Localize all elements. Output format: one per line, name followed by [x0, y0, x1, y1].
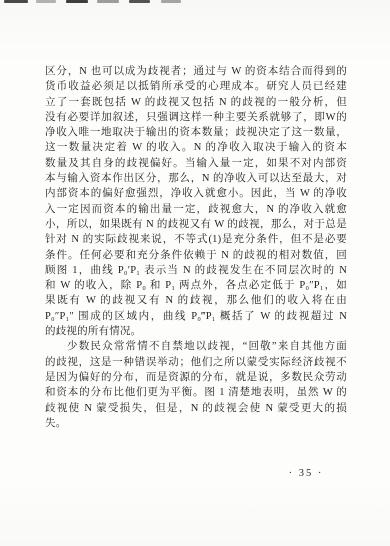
scan-artifact-mark: [129, 0, 150, 3]
text-line: 这一数量决定着 W 的收入。N 的净收入取决于输入的资本: [45, 140, 347, 155]
text-line paragraph-start: 少数民众常常情不自禁地以歧视，“回敬”来自其他方面: [45, 339, 347, 354]
scanned-page: 区分，N 也可以成为歧视者；通过与 W 的资本结合而得到的 货币收益必须足以抵销…: [0, 0, 390, 546]
text-line: 果既有 W 的歧视又有 N 的歧视，那么他们的收入将在由: [45, 293, 347, 308]
text-line: 入一定因而资本的输出量一定，歧视愈大，N 的净收入就愈: [45, 202, 347, 217]
text-line: 立了一套既包括 W 的歧视又包括 N 的歧视的一般分析，但: [45, 95, 347, 110]
text-line: 数量及其自身的歧视偏好。当输入量一定，如果不对内部资: [45, 156, 347, 171]
text-line: 没有必要详加叙述，只强调这样一种主要关系就够了，即W的: [45, 110, 347, 125]
scan-artifact-mark: [97, 0, 119, 3]
scan-artifact-mark: [161, 0, 181, 3]
text-line: 的歧视，这是一种错误举动；他们之所以蒙受实际经济歧视不: [45, 355, 347, 370]
text-line: P₀″P₁″ 围成的区域内，曲线 P₀‴P₁ 概括了 W 的歧视超过 N: [45, 309, 347, 324]
text-line: 针对 N 的实际歧视来说，不等式(1)是充分条件，但不是必要: [45, 232, 347, 247]
scan-artifact-mark: [66, 0, 88, 3]
body-text: 区分，N 也可以成为歧视者；通过与 W 的资本结合而得到的 货币收益必须足以抵销…: [45, 64, 347, 431]
text-line: 和资本的分布比他们更为平衡。图 1 清楚地表明，虽然 W 的: [45, 385, 347, 400]
scan-artifact-mark: [36, 0, 56, 3]
scan-artifact-mark: [4, 0, 28, 3]
page-number: · 35 ·: [276, 468, 336, 479]
text-line: 净收入唯一地取决于输出的资本数量；歧视决定了这一数量，: [45, 125, 347, 140]
text-line paragraph-end: 的歧视的所有情况。: [45, 324, 347, 339]
text-line: 区分，N 也可以成为歧视者；通过与 W 的资本结合而得到的: [45, 64, 347, 79]
text-line: 条件。任何必要和充分条件依赖于 N 的歧视的相对数值，回: [45, 248, 347, 263]
text-line: 歧视使 N 蒙受损失，但是，N 的歧视会使 N 蒙受更大的损: [45, 401, 347, 416]
text-line: 是因为偏好的分布，而是资源的分布，就是说，多数民众劳动: [45, 370, 347, 385]
text-line paragraph-end: 失。: [45, 416, 347, 431]
text-line: 内部资本的偏好愈强烈，净收入就愈小。因此，当 W 的净收: [45, 186, 347, 201]
text-line: 本与输入资本作出区分，那么，N 的净收入可以达至最大，对: [45, 171, 347, 186]
text-line: 顾图 1，曲线 P₀′P₁ 表示当 N 的歧视发生在不同层次时的 N: [45, 263, 347, 278]
text-line: 货币收益必须足以抵销所承受的心理成本。研究人员已经建: [45, 79, 347, 94]
text-line: 小，所以，如果既有 N 的歧视又有 W 的歧视，那么，对于总是: [45, 217, 347, 232]
text-line: 和 W 的收入，除 P₀ 和 P₁ 两点外，各点必定低于 P₀″P₁，如: [45, 278, 347, 293]
